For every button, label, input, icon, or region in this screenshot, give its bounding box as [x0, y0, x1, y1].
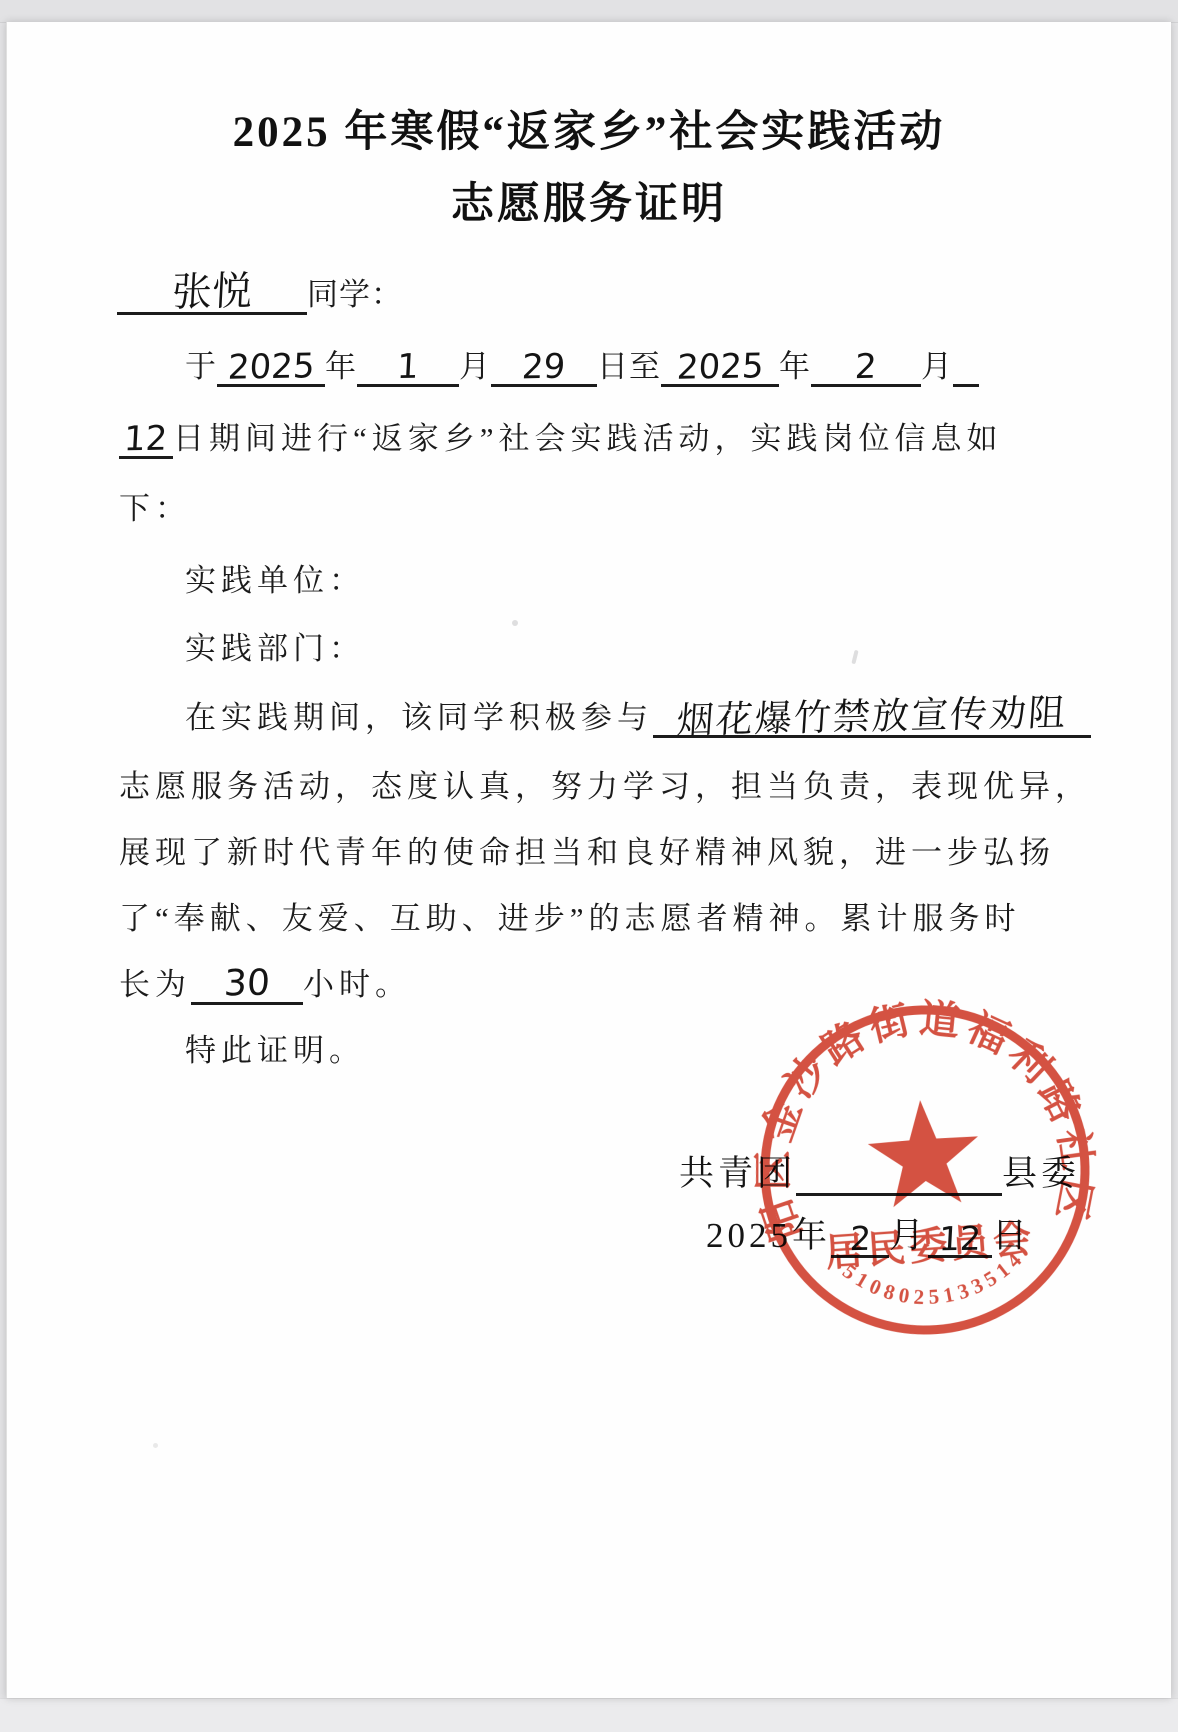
salutation-line: 张悦 同学： [117, 272, 403, 315]
trailing-blank [953, 384, 979, 387]
paragraph-line-3: 展现了新时代青年的使命担当和良好精神风貌，进一步弘扬 [119, 834, 1055, 873]
end-day-blank: 12 [119, 422, 173, 459]
date-day-blank: 12 [928, 1222, 992, 1258]
hours-suffix: 小时。 [303, 966, 411, 1005]
student-name-handwritten: 张悦 [171, 271, 253, 312]
year-label-2: 年 [779, 348, 811, 387]
student-name-blank: 张悦 [117, 272, 307, 315]
title-line-2: 志愿服务证明 [7, 170, 1171, 231]
month-label-2: 月 [921, 348, 953, 387]
period-line3-text: 下： [119, 490, 191, 529]
hours-handwritten: 30 [223, 966, 271, 1003]
date-month-blank: 2 [831, 1222, 889, 1258]
paragraph-line-2-text: 志愿服务活动，态度认真，努力学习，担当负责，表现优异， [119, 768, 1091, 807]
photo-of-document: 2025 年寒假“返家乡”社会实践活动 志愿服务证明 张悦 同学： 于 2025… [0, 0, 1178, 1732]
paragraph-line-4-text: 了“奉献、友爱、互助、进步”的志愿者精神。累计服务时 [119, 900, 1021, 939]
end-month-blank: 2 [811, 350, 921, 387]
year-label-1: 年 [325, 348, 357, 387]
start-year-blank: 2025 [217, 350, 325, 387]
start-year-handwritten: 2025 [227, 349, 315, 385]
paragraph-line-3-text: 展现了新时代青年的使命担当和良好精神风貌，进一步弘扬 [119, 834, 1055, 873]
scan-artifact [153, 1443, 158, 1448]
period-prefix: 于 [185, 348, 217, 387]
start-day-blank: 29 [491, 350, 597, 387]
date-year: 2025年 [706, 1208, 831, 1258]
end-year-handwritten: 2025 [676, 349, 764, 385]
scan-artifact [851, 650, 858, 665]
hours-blank: 30 [191, 966, 303, 1005]
paragraph-line-2: 志愿服务活动，态度认真，努力学习，担当负责，表现优异， [119, 768, 1091, 807]
practice-unit-label: 实践单位： [185, 562, 365, 601]
period-line-2: 12 日期间进行“返家乡”社会实践活动，实践岗位信息如 [119, 420, 1003, 459]
paragraph-line-1: 在实践期间，该同学积极参与 烟花爆竹禁放宣传劝阻 [185, 698, 1091, 738]
hours-prefix: 长为 [119, 966, 191, 1005]
end-month-handwritten: 2 [854, 350, 877, 384]
paragraph-line-4: 了“奉献、友爱、互助、进步”的志愿者精神。累计服务时 [119, 900, 1021, 939]
closing-line: 特此证明。 [185, 1032, 365, 1071]
date-day-handwritten: 12 [938, 1222, 982, 1256]
salutation-label: 同学： [307, 276, 403, 315]
activity-blank: 烟花爆竹禁放宣传劝阻 [653, 698, 1091, 738]
org-suffix: 县委 [1002, 1146, 1080, 1196]
practice-dept-line: 实践部门： [185, 630, 365, 669]
scan-edge-bottom [0, 1698, 1178, 1732]
end-day-handwritten: 12 [123, 421, 168, 456]
signature-org-line: 共青团 县委 [679, 1146, 1080, 1196]
date-month-label: 月 [889, 1208, 928, 1258]
to-label: 日至 [597, 348, 661, 387]
signature-date-line: 2025年 2 月 12 日 [706, 1208, 1031, 1258]
start-month-blank: 1 [357, 350, 459, 387]
org-blank [796, 1193, 1002, 1196]
start-day-handwritten: 29 [521, 349, 566, 384]
activity-handwritten: 烟花爆竹禁放宣传劝阻 [675, 694, 1068, 739]
certificate-page: 2025 年寒假“返家乡”社会实践活动 志愿服务证明 张悦 同学： 于 2025… [6, 22, 1171, 1698]
paragraph-lead: 在实践期间，该同学积极参与 [185, 699, 653, 738]
paragraph-line-5: 长为 30 小时。 [119, 966, 411, 1005]
date-day-label: 日 [992, 1208, 1031, 1258]
period-line-3: 下： [119, 490, 191, 529]
scan-edge-top [0, 0, 1178, 23]
practice-dept-label: 实践部门： [185, 630, 365, 669]
scan-artifact [512, 620, 518, 626]
date-month-handwritten: 2 [849, 1222, 872, 1255]
end-year-blank: 2025 [661, 350, 779, 387]
period-line2-text: 日期间进行“返家乡”社会实践活动，实践岗位信息如 [173, 420, 1003, 459]
start-month-handwritten: 1 [396, 350, 419, 384]
practice-unit-line: 实践单位： [185, 562, 365, 601]
title-line-1: 2025 年寒假“返家乡”社会实践活动 [7, 98, 1171, 159]
period-line-1: 于 2025 年 1 月 29 日至 2025 年 2 月 [185, 348, 979, 387]
month-label-1: 月 [459, 348, 491, 387]
org-prefix: 共青团 [679, 1146, 796, 1196]
closing-text: 特此证明。 [185, 1032, 365, 1071]
